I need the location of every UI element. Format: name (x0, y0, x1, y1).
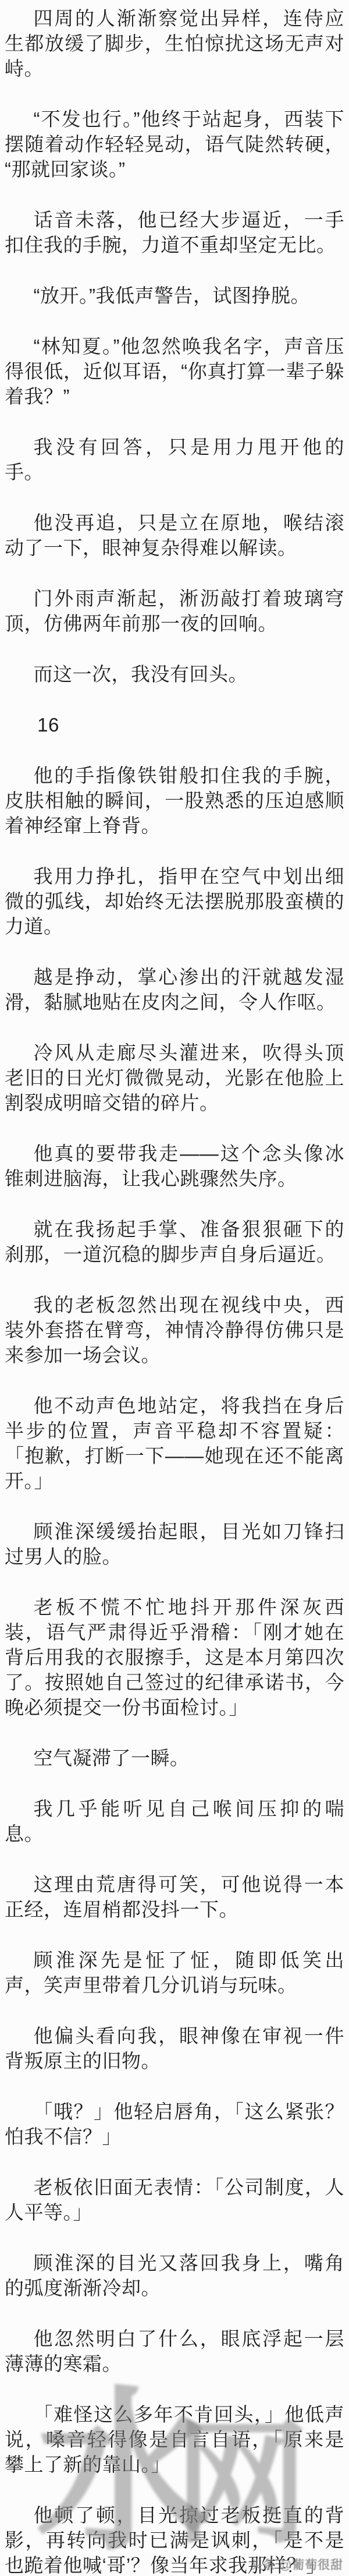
paragraph: 我用力挣扎，指甲在空气中划出细微的弧线，却始终无法摆脱那股蛮横的力道。 (5, 864, 344, 939)
paragraph: 我几乎能听见自己喉间压抑的喘息。 (5, 1796, 344, 1846)
paragraph: 冷风从走廊尽头灌进来，吹得头顶老旧的日光灯微微晃动，光影在他脸上割裂成明暗交错的… (5, 1040, 344, 1115)
paragraph: 「哦？」他轻启唇角，「这么紧张？怕我不信？」 (5, 2099, 344, 2149)
paragraph: 空气凝滞了一瞬。 (5, 1745, 344, 1771)
section-number: 16 (5, 712, 344, 737)
paragraph: 就在我扬起手掌、准备狠狠砸下的刹那，一道沉稳的脚步声自身后逼近。 (5, 1217, 344, 1267)
paragraph: 老板依旧面无表情：「公司制度，人人平等。」 (5, 2175, 344, 2225)
paragraph: 门外雨声渐起，淅沥敲打着玻璃穹顶，仿佛两年前那一夜的回响。 (5, 586, 344, 636)
paragraph: “不发也行。”他终于站起身，西装下摆随着动作轻轻晃动，语气陡然转硬，“那就回家谈… (5, 107, 344, 182)
paragraph: 老板不慌不忙地抖开那件深灰西装，语气严肃得近乎滑稽：「刚才她在背后用我的衣服擦手… (5, 1595, 344, 1720)
paragraph: 他没再追，只是立在原地，喉结滚动了一下，眼神复杂得难以解读。 (5, 510, 344, 560)
paragraph: 我的老板忽然出现在视线中央，西装外套搭在臂弯，神情冷静得仿佛只是来参加一场会议。 (5, 1292, 344, 1367)
paragraph: 他的手指像铁钳般扣住我的手腕，皮肤相触的瞬间，一股熟悉的压迫感顺着神经窜上脊背。 (5, 763, 344, 838)
paragraph: “放开。”我低声警告，试图挣脱。 (5, 283, 344, 308)
paragraph: 「难怪这么多年不肯回头，」他低声说，嗓音轻得像是自言自语，「原来是攀上了新的靠山… (5, 2402, 344, 2477)
paragraph: 话音未落，他已经大步逼近，一手扣住我的手腕，力道不重却坚定无比。 (5, 207, 344, 257)
paragraph: 他偏头看向我，眼神像在审视一件背叛原主的旧物。 (5, 2023, 344, 2073)
paragraph: “林知夏。”他忽然唤我名字，声音压得很低，近似耳语，“你真打算一辈子躲着我？” (5, 334, 344, 409)
paragraph-list: 四周的人渐渐察觉出异样，连侍应生都放缓了脚步，生怕惊扰这场无声对峙。“不发也行。… (0, 0, 349, 2576)
paragraph: 他真的要带我走——这个念头像冰锥刺进脑海，让我心跳骤然失序。 (5, 1141, 344, 1191)
paragraph: 这理由荒唐得可笑，可他说得一本正经，连眉梢都没抖一下。 (5, 1872, 344, 1922)
paragraph: 四周的人渐渐察觉出异样，连侍应生都放缓了脚步，生怕惊扰这场无声对峙。 (5, 6, 344, 81)
paragraph: 他忽然明白了什么，眼底浮起一层薄薄的寒霜。 (5, 2326, 344, 2376)
paragraph: 我没有回答，只是用力甩开他的手。 (5, 434, 344, 485)
paragraph: 他不动声色地站定，将我挡在身后半步的位置，声音平稳却不容置疑：「抱歉，打断一下—… (5, 1393, 344, 1493)
paragraph: 而这一次，我没有回头。 (5, 662, 344, 687)
paragraph: 越是挣动，掌心渗出的汗就越发湿滑，黏腻地贴在皮肉之间，令人作呕。 (5, 964, 344, 1015)
paragraph: 他顿了顿，目光掠过老板挺直的背影，再转向我时已满是讽刺，「是不是也跪着他喊‘哥’… (5, 2503, 344, 2576)
paragraph: 顾淮深缓缓抬起眼，目光如刀锋扫过男人的脸。 (5, 1519, 344, 1569)
novel-page: 四周的人渐渐察觉出异样，连侍应生都放缓了脚步，生怕惊扰这场无声对峙。“不发也行。… (0, 0, 349, 2576)
paragraph: 顾淮深的目光又落回我身上，嘴角的弧度渐渐冷却。 (5, 2250, 344, 2301)
paragraph: 顾淮深先是怔了怔，随即低笑出声，笑声里带着几分讥诮与玩味。 (5, 1948, 344, 1998)
